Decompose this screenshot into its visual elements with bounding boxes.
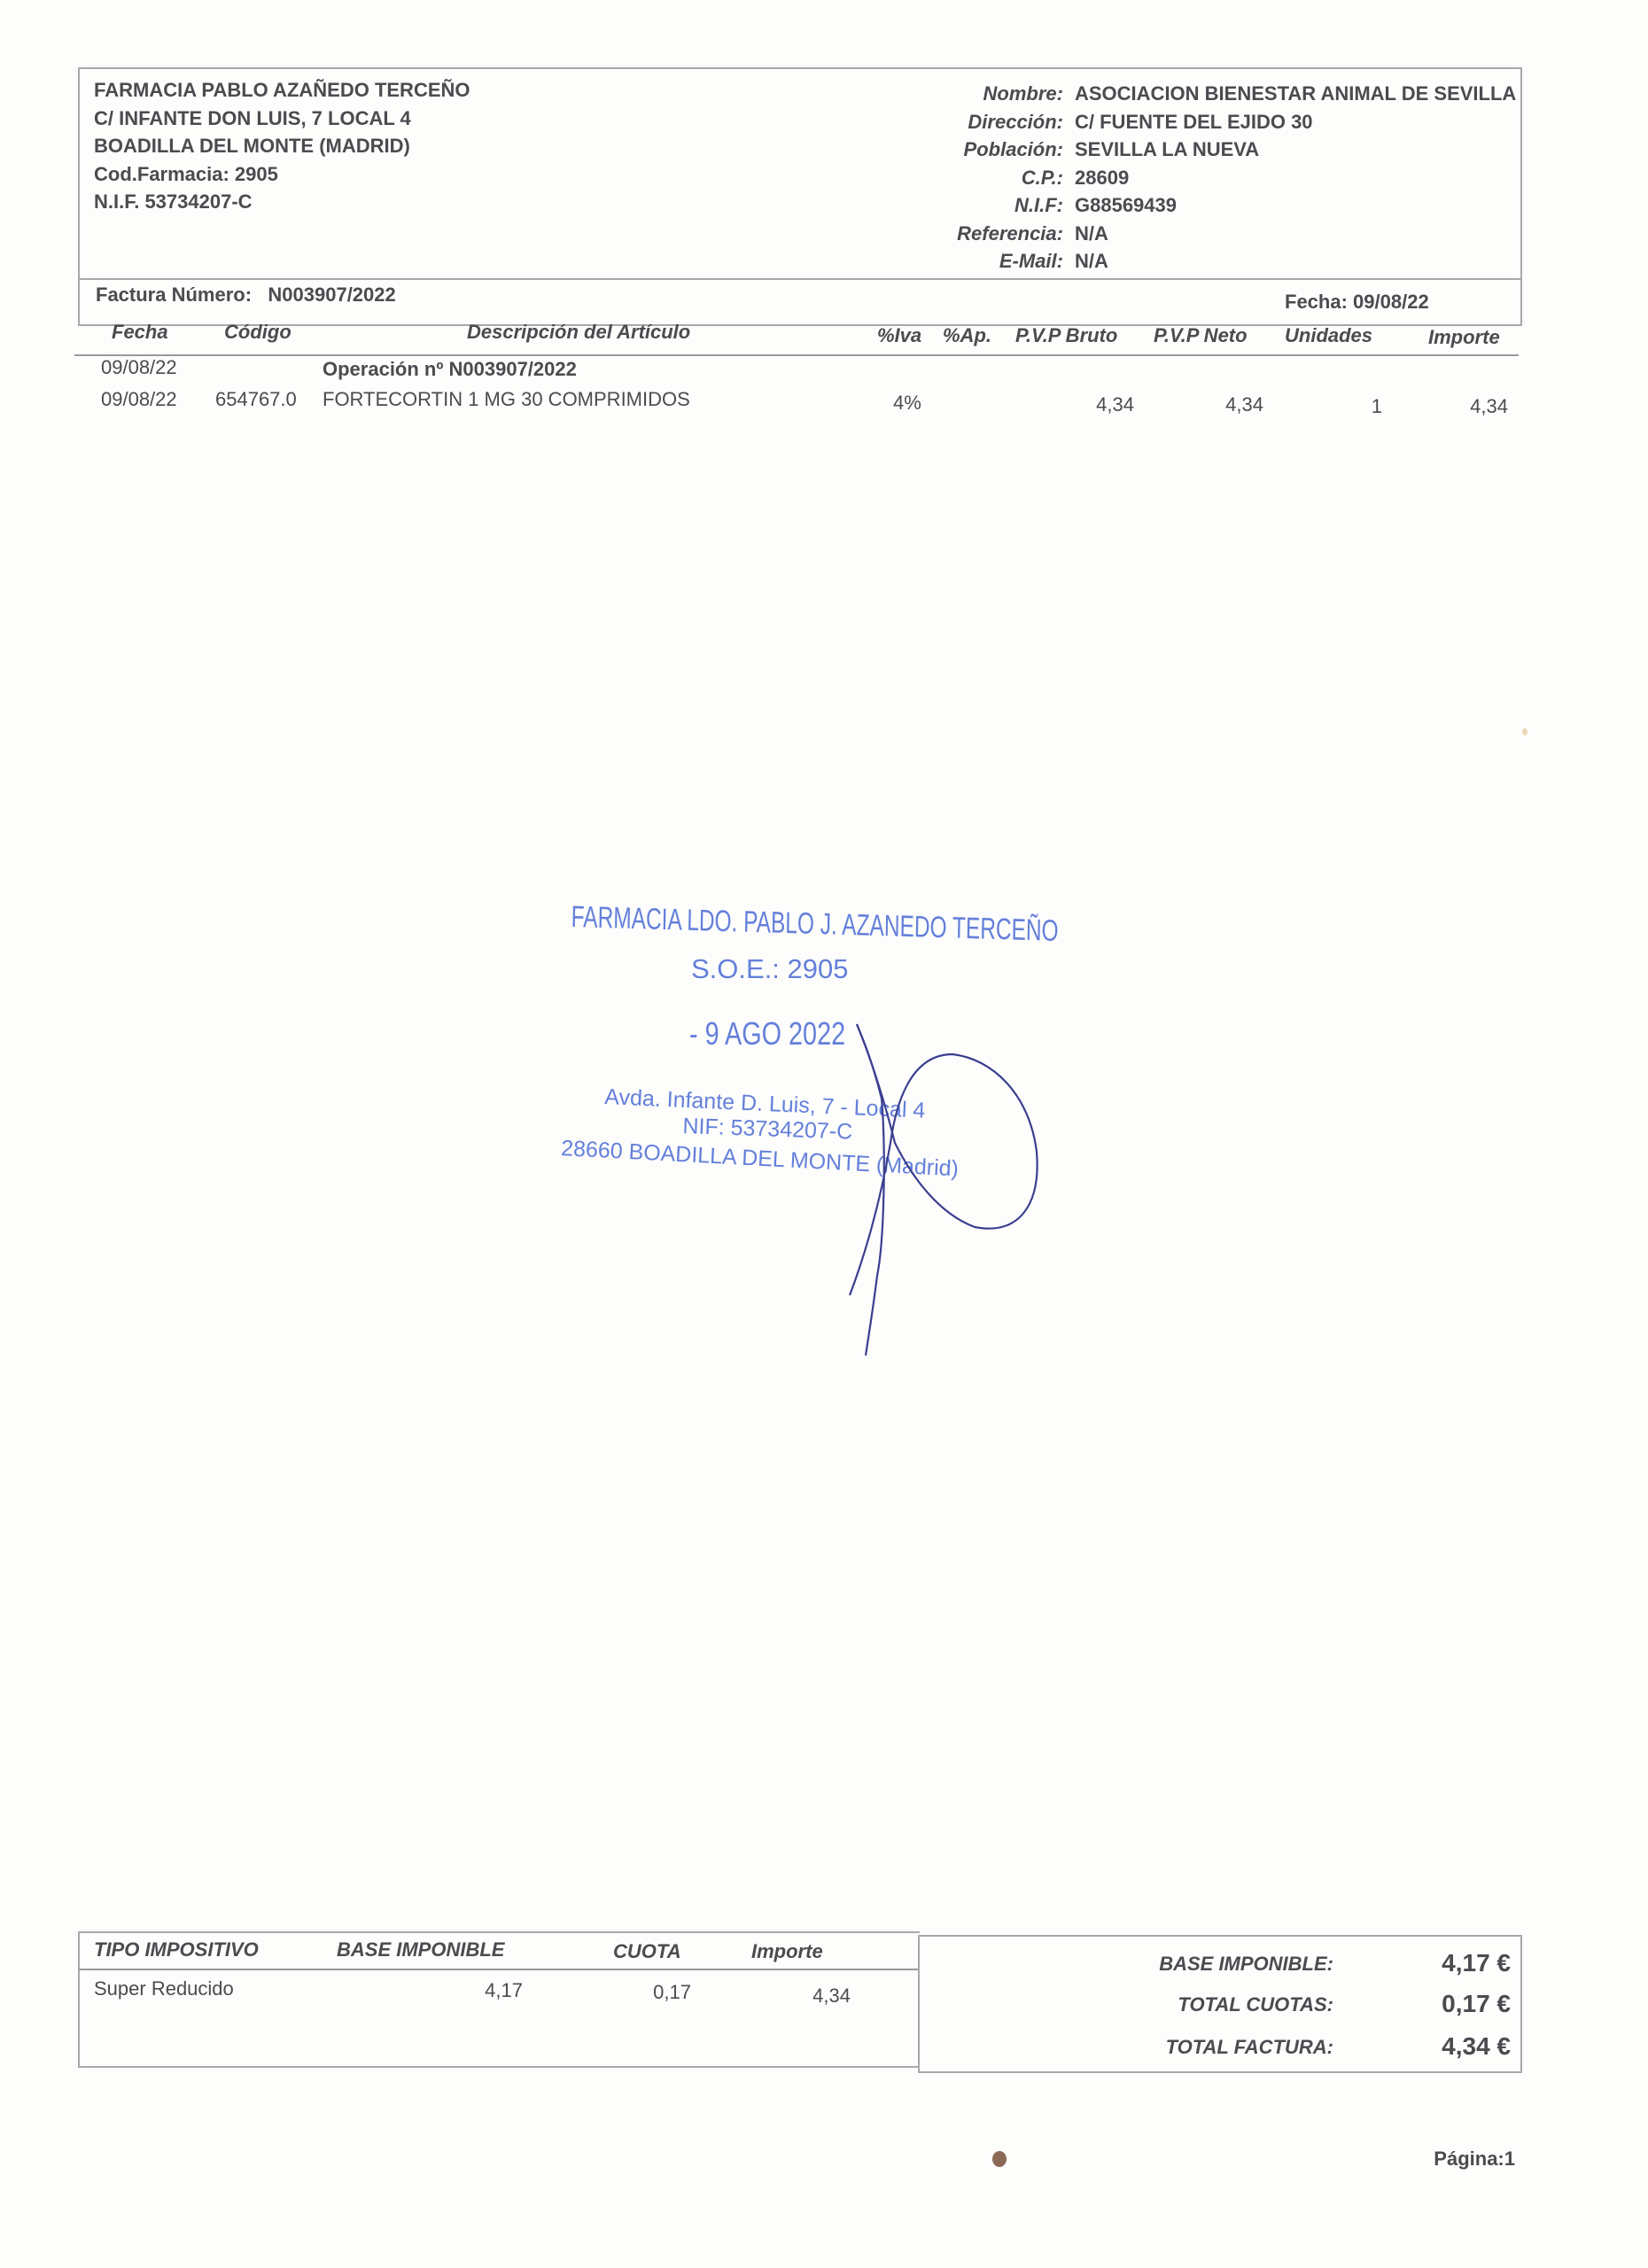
tax-row-cuota: 0,17 [629,1981,691,2004]
tax-row-base: 4,17 [461,1979,523,2002]
totals-total-label: TOTAL FACTURA: [1028,2036,1333,2059]
totals-base-value: 4,17 € [1382,1949,1511,1977]
totals-cuotas-value: 0,17 € [1382,1990,1511,2018]
tax-col-tipo: TIPO IMPOSITIVO [94,1938,259,1961]
tax-row-tipo: Super Reducido [94,1977,234,2000]
tax-col-base: BASE IMPONIBLE [337,1938,504,1961]
page-number: Página:1 [1382,2148,1515,2171]
scan-speck [992,2151,1007,2167]
tax-col-cuota: CUOTA [613,1940,681,1963]
totals-cuotas-label: TOTAL CUOTAS: [1028,1993,1333,2016]
tax-row-importe: 4,34 [789,1984,851,2008]
tax-col-importe: Importe [751,1940,823,1963]
scan-speck [1522,728,1528,735]
totals-total-value: 4,34 € [1382,2032,1511,2061]
signature [0,0,1648,2268]
totals-base-label: BASE IMPONIBLE: [1028,1953,1333,1976]
tax-header-divider [78,1969,918,1970]
